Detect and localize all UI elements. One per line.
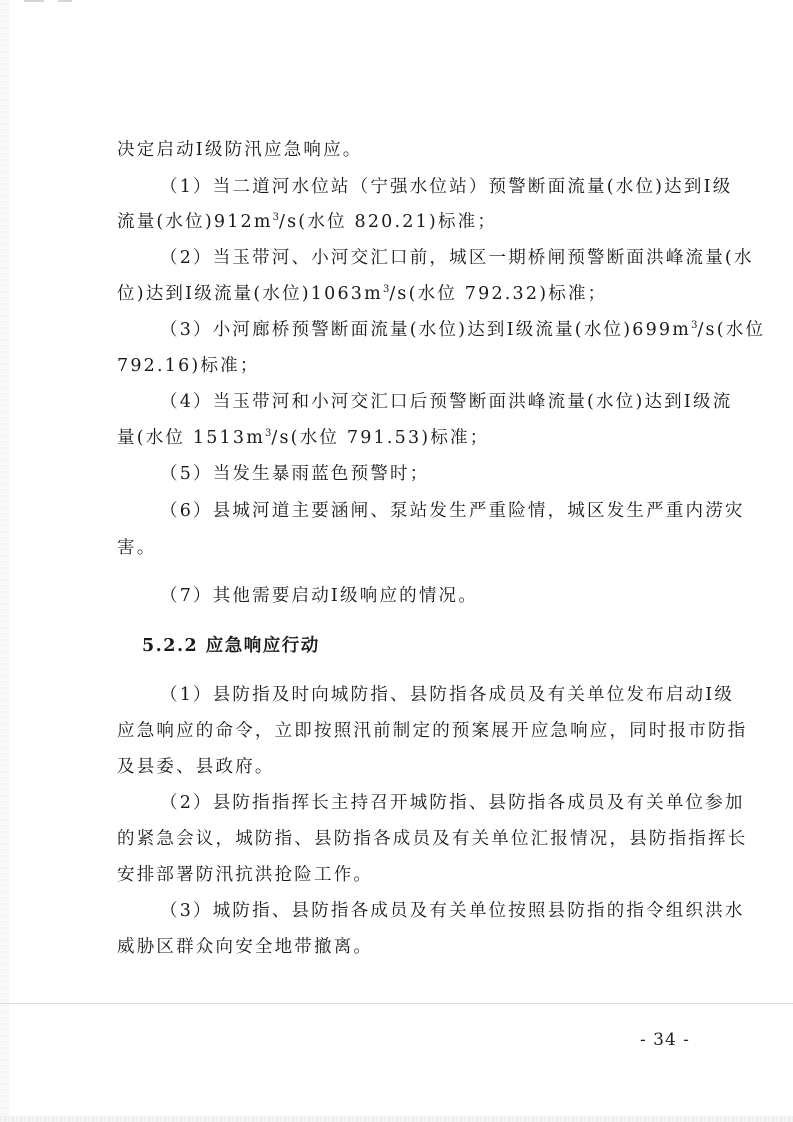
paragraph-line: 威胁区群众向安全地带撤离。 xyxy=(117,935,373,959)
paragraph-line: 安排部署防汛抗洪抢险工作。 xyxy=(117,863,373,887)
paragraph-line: （1）县防指及时向城防指、县防指各成员及有关单位发布启动Ⅰ级 xyxy=(160,683,734,707)
paragraph-line: （6）县城河道主要涵闸、泵站发生严重险情，城区发生严重内涝灾 xyxy=(160,499,745,523)
paragraph-line: （2）县防指指挥长主持召开城防指、县防指各成员及有关单位参加 xyxy=(160,791,745,815)
footer-separator xyxy=(0,1003,793,1004)
paragraph-line: 位)达到Ⅰ级流量(水位)1063m3/s(水位 792.32)标准； xyxy=(117,282,607,306)
page-number: - 34 - xyxy=(640,1030,690,1050)
paragraph-line: （2）当玉带河、小河交汇口前，城区一期桥闸预警断面洪峰流量(水 xyxy=(160,246,754,270)
scan-mark xyxy=(58,0,72,2)
paragraph-line: （7）其他需要启动Ⅰ级响应的情况。 xyxy=(160,584,478,608)
paragraph-line: 的紧急会议，城防指、县防指各成员及有关单位汇报情况，县防指指挥长 xyxy=(117,827,747,851)
paragraph-line: （3）小河廊桥预警断面流量(水位)达到Ⅰ级流量(水位)699m3/s(水位 xyxy=(160,318,765,342)
line-text: /s(水位 791.53)标准； xyxy=(271,428,489,448)
scan-mark xyxy=(24,0,44,2)
paragraph-line: （5）当发生暴雨蓝色预警时； xyxy=(160,462,429,486)
paragraph-line: 流量(水位)912m3/s(水位 820.21)标准； xyxy=(117,210,497,234)
line-text: 流量(水位)912m xyxy=(117,212,273,232)
paragraph-line: 792.16)标准； xyxy=(117,354,260,378)
section-heading: 5.2.2 应急响应行动 xyxy=(142,634,320,658)
line-text: （3）小河廊桥预警断面流量(水位)达到Ⅰ级流量(水位)699m xyxy=(160,320,691,340)
paragraph-line: 应急响应的命令，立即按照汛前制定的预案展开应急响应，同时报市防指 xyxy=(117,719,747,743)
paragraph-line: （4）当玉带河和小河交汇口后预警断面洪峰流量(水位)达到Ⅰ级流 xyxy=(160,390,732,414)
scan-edge-bottom xyxy=(0,1116,793,1122)
paragraph-line: 决定启动Ⅰ级防汛应急响应。 xyxy=(117,138,363,162)
paragraph-line: 害。 xyxy=(117,536,156,560)
paragraph-line: （1）当二道河水位站（宁强水位站）预警断面流量(水位)达到Ⅰ级 xyxy=(160,175,732,199)
paragraph-line: （3）城防指、县防指各成员及有关单位按照县防指的指令组织洪水 xyxy=(160,899,745,923)
line-text: /s(水位 792.32)标准； xyxy=(389,284,607,304)
paragraph-line: 及县委、县政府。 xyxy=(117,755,275,779)
paragraph-line: 量(水位 1513m3/s(水位 791.53)标准； xyxy=(117,426,489,450)
line-text: /s(水位 xyxy=(697,320,765,340)
scan-edge-left xyxy=(0,0,9,1122)
line-text: /s(水位 820.21)标准； xyxy=(279,212,497,232)
line-text: 量(水位 1513m xyxy=(117,428,265,448)
line-text: 位)达到Ⅰ级流量(水位)1063m xyxy=(117,284,383,304)
